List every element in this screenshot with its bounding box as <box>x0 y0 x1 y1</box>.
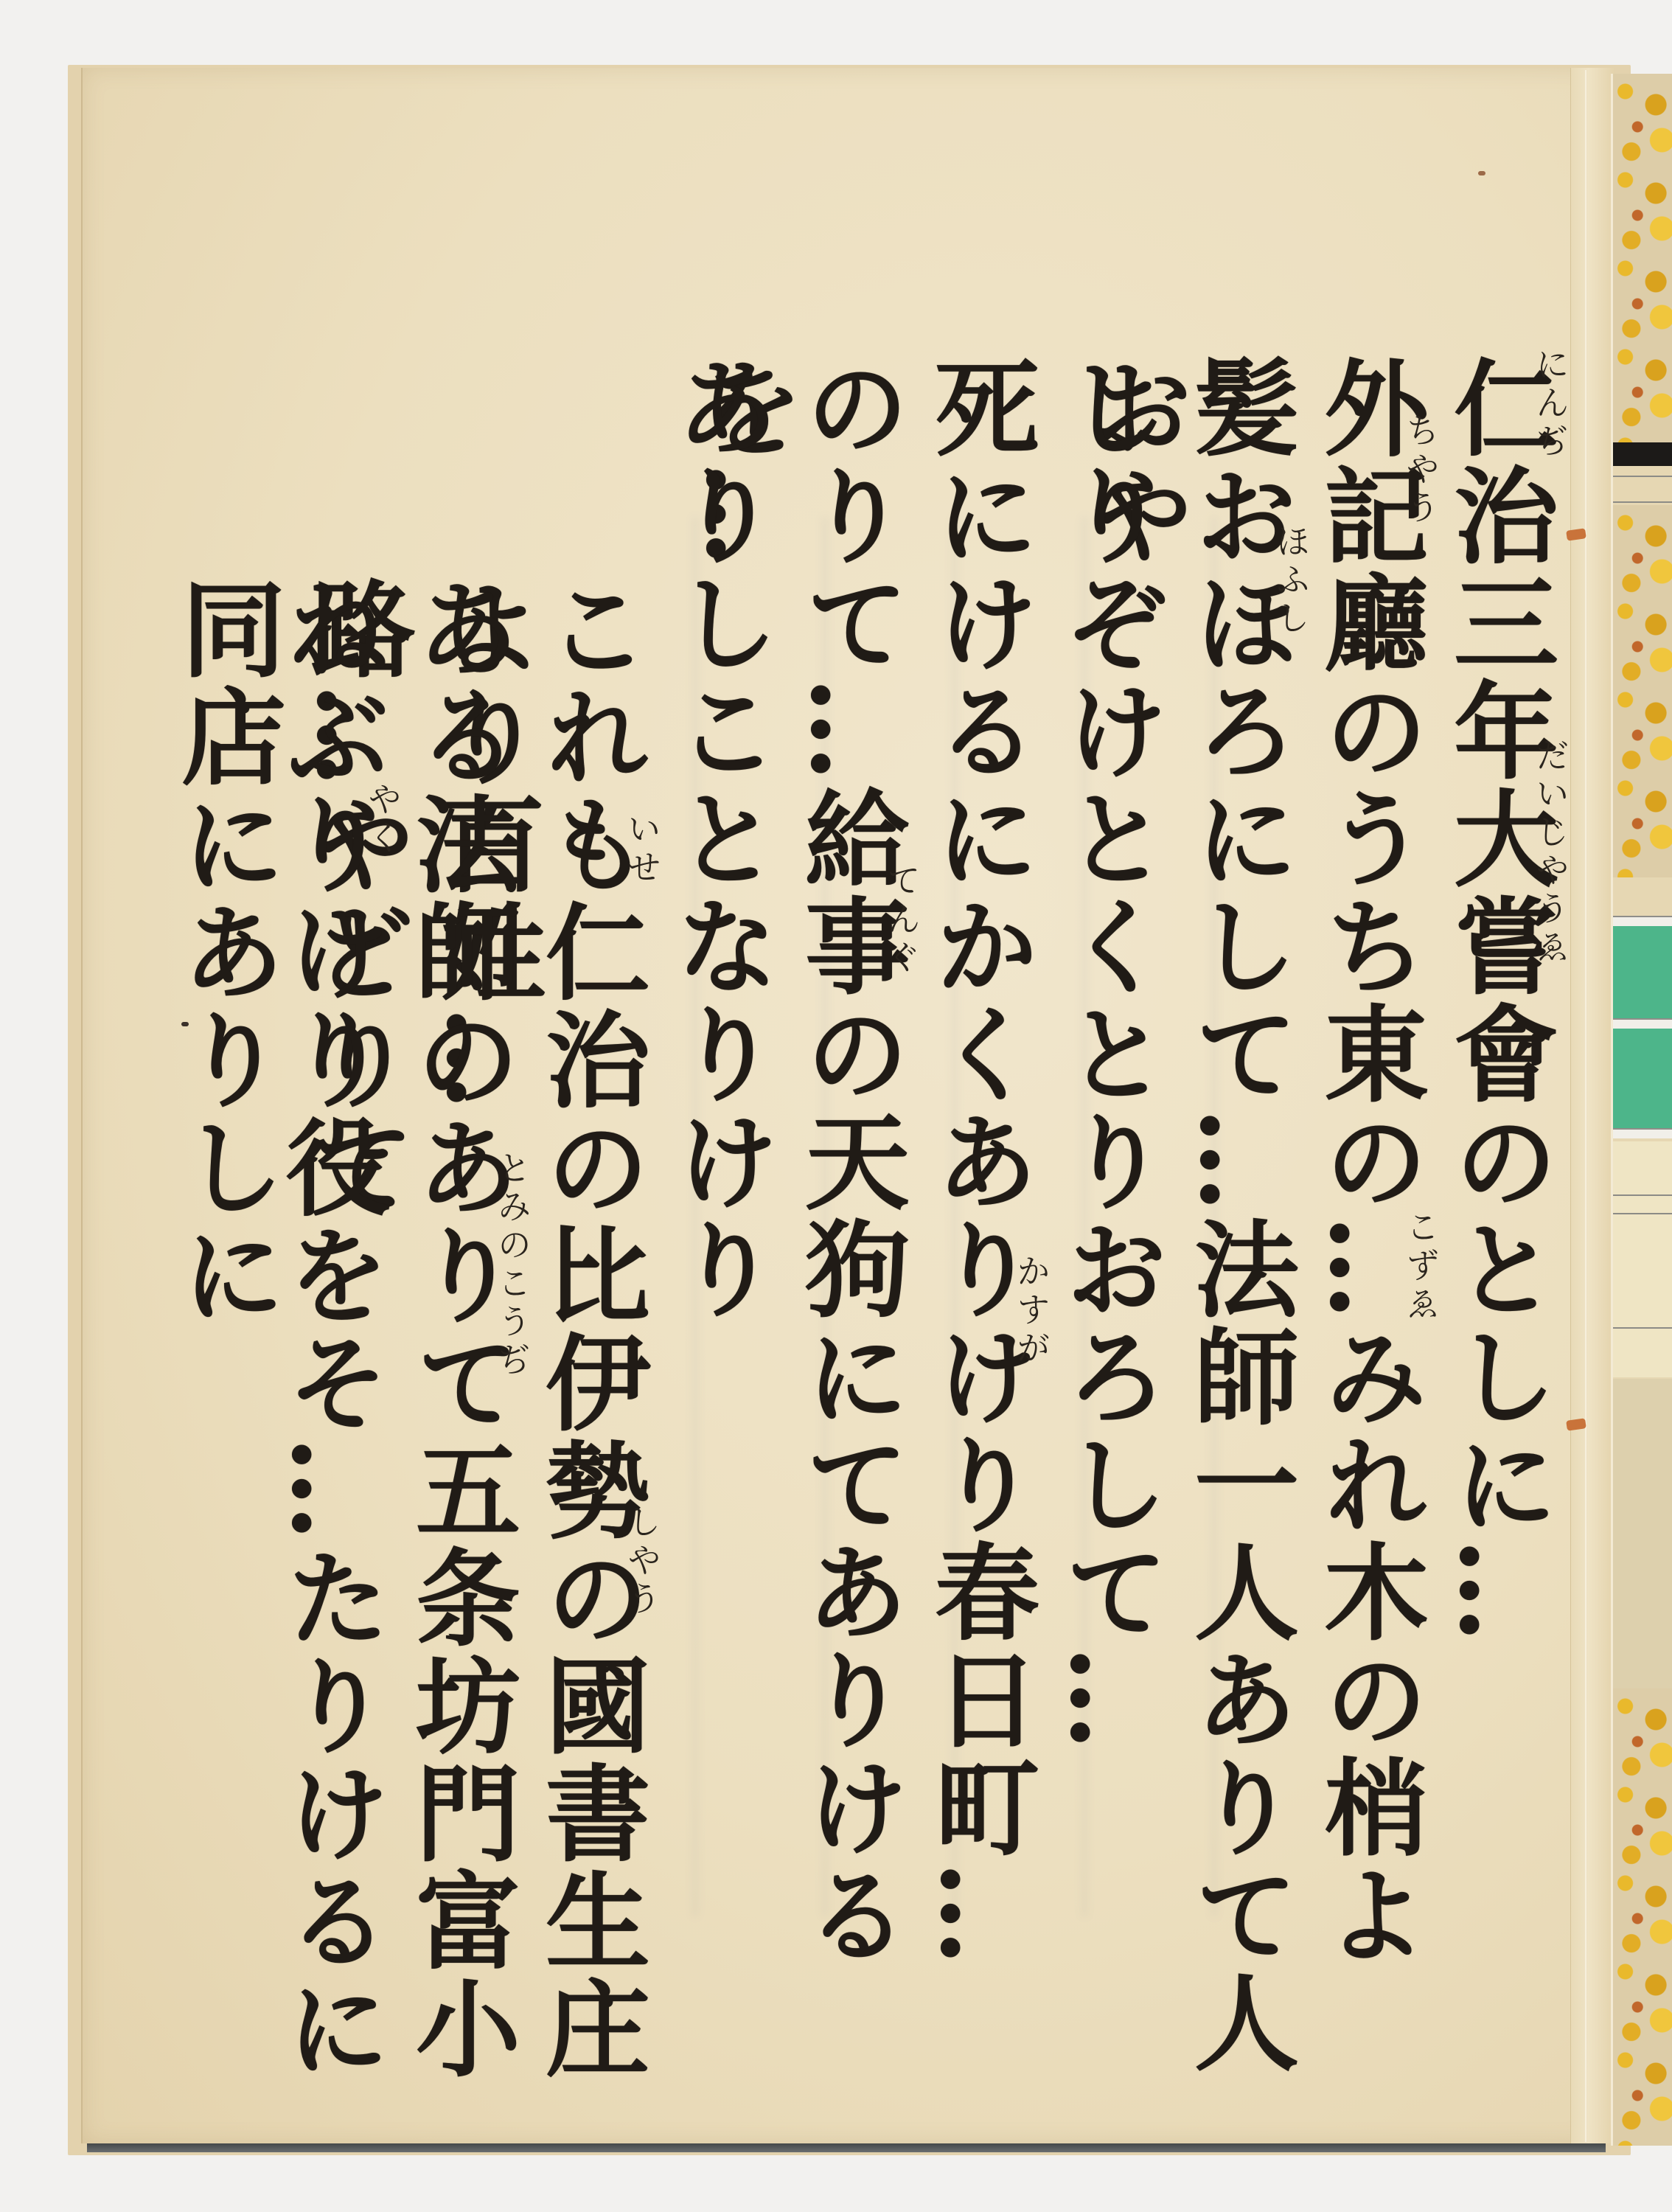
rule-line <box>1613 1327 1672 1329</box>
text-column: ある法師のありて五条坊門富小路…やどりて とみのこうぢ <box>403 354 532 2138</box>
furigana: とみのこうぢ <box>488 1150 537 1380</box>
text-column: 仁治三年大嘗會のとしに… にんぢ だいじやうゑ <box>1441 354 1570 2138</box>
column-text: ねぶりけり役をそ…たりけるに同店にありしに <box>173 575 382 2138</box>
text-column: のりて…給事の天狗にてありけるを… てんぐ <box>792 354 922 2138</box>
furigana: しやう <box>618 1504 666 1619</box>
gold-leaf-area <box>1613 74 1672 442</box>
book-cover-bottom-edge <box>87 2142 1606 2152</box>
column-text: 外記廳のうち東の…みれ木の梢よ <box>1315 354 1420 1969</box>
text-column: 髪おほろにして…法師一人ありて人おや ほふし <box>1181 354 1311 2138</box>
column-text: 死にけるにかくありけり春日町… <box>926 354 1031 1969</box>
shaded-panel <box>1613 1379 1672 1688</box>
text-column: 外記廳のうち東の…みれ木の梢よ ちやう こずゑ <box>1311 354 1441 2138</box>
text-column: ねぶりけり役をそ…たりけるに同店にありしに やく <box>273 354 403 2138</box>
furigana: ちやう <box>1396 413 1445 528</box>
column-text: しりぞけとくとりおろして… <box>1056 354 1160 1753</box>
white-band <box>1613 1018 1672 1029</box>
column-text: ありしことなりけり <box>666 354 771 1323</box>
text-column: しりぞけとくとりおろして… <box>1051 354 1181 2138</box>
furigana: てんぐ <box>877 863 926 978</box>
black-bar <box>1613 442 1672 466</box>
rule-line <box>1613 1194 1672 1196</box>
column-text: 仁治三年大嘗會のとしに… <box>1445 354 1550 1646</box>
page-gutter <box>1570 68 1615 2143</box>
text-columns: 仁治三年大嘗會のとしに… にんぢ だいじやうゑ 外記廳のうち東の…みれ木の梢よ … <box>243 354 1570 2138</box>
furigana: こずゑ <box>1396 1209 1445 1324</box>
paper-blemish <box>1478 171 1485 175</box>
furigana: だいじやうゑ <box>1526 737 1575 967</box>
gold-leaf-area <box>1613 505 1672 877</box>
furigana: いせ <box>618 811 666 888</box>
furigana: かすが <box>1007 1253 1056 1368</box>
green-panel <box>1613 926 1672 1018</box>
rule-line <box>1613 476 1672 477</box>
rule-line <box>1613 1213 1672 1214</box>
furigana: にんぢ <box>1526 347 1575 462</box>
white-band <box>1613 1128 1672 1138</box>
fold-line <box>1585 70 1586 2142</box>
furigana: ほふし <box>1267 524 1315 639</box>
decorated-adjacent-page <box>1611 74 1672 2146</box>
gold-leaf-area <box>1613 1688 1672 2146</box>
text-column: 死にけるにかくありけり春日町… かすが <box>922 354 1051 2138</box>
rule-line <box>1613 501 1672 503</box>
text-column: これも仁治の比伊勢の國書生庄より百姓… いせ しやう <box>532 354 662 2138</box>
green-panel <box>1613 1029 1672 1128</box>
furigana: やく <box>358 782 407 858</box>
cream-panel <box>1613 1141 1672 1377</box>
white-band <box>1613 916 1672 926</box>
text-column: ありしことなりけり <box>662 354 792 2138</box>
